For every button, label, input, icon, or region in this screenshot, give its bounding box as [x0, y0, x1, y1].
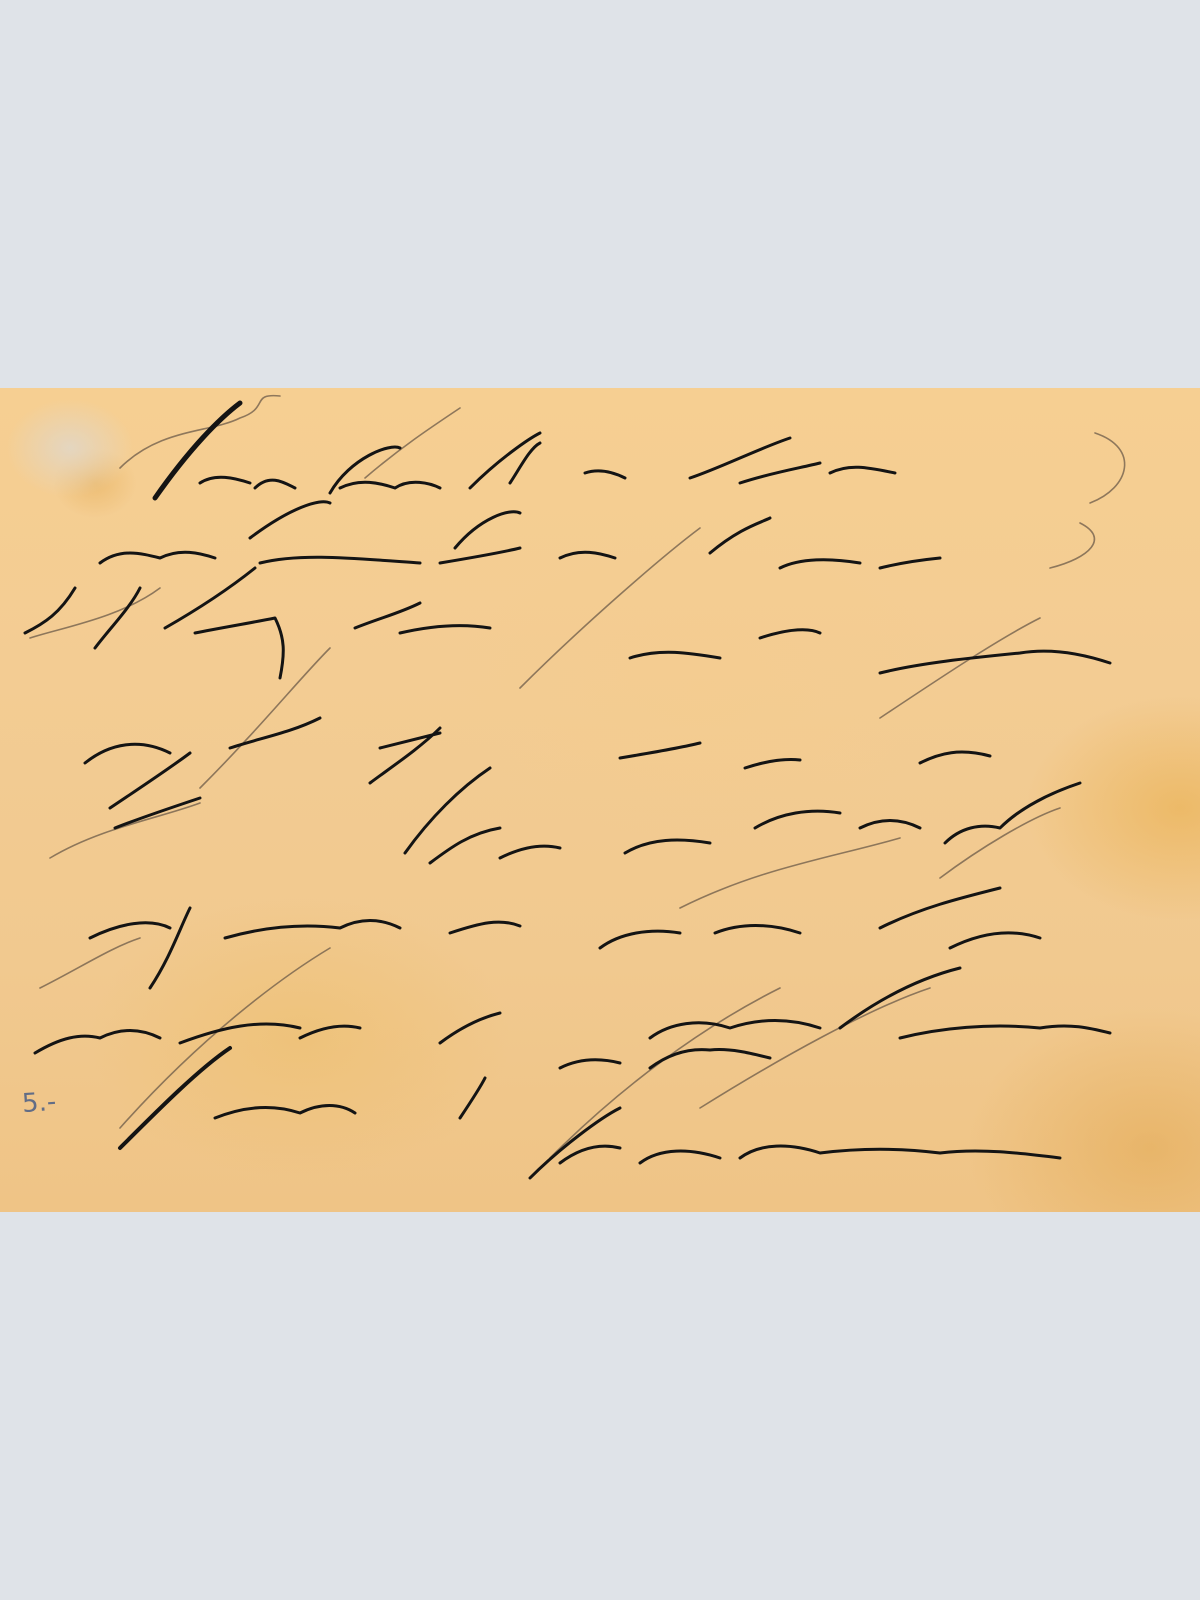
- handwriting-strokes: [0, 388, 1200, 1212]
- postcard: Von den jüngst in Auftrag gegebenen Dess…: [0, 388, 1200, 1212]
- pencil-price-note: 5.-: [21, 1087, 57, 1119]
